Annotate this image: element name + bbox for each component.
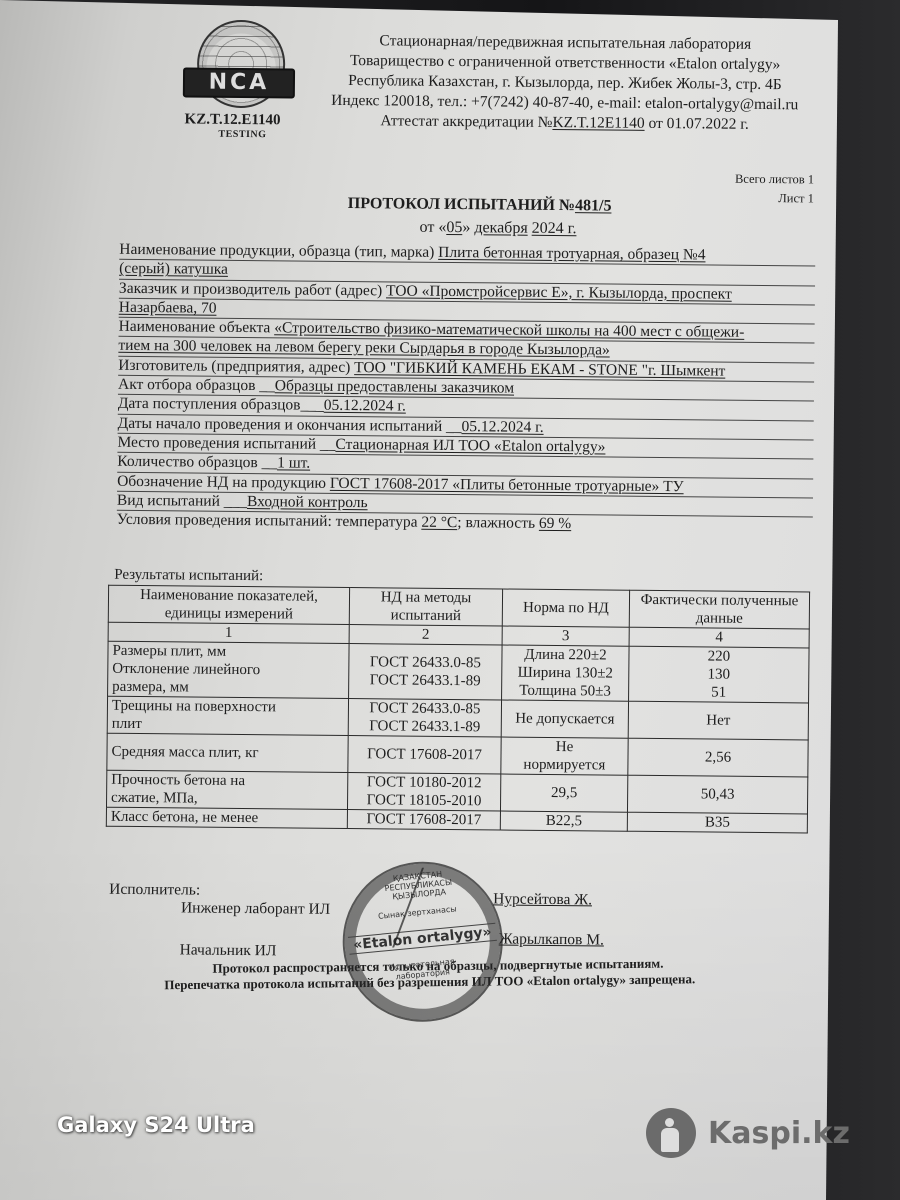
current-sheet: Лист 1	[735, 189, 814, 209]
protocol-date: от «05» декабря 2024 г.	[419, 219, 576, 239]
field-label: Даты начало проведения и окончания испыт…	[118, 414, 462, 434]
document: NCA KZ.T.12.E1140 TESTING Стационарная/п…	[0, 0, 900, 1200]
engineer-name: Нурсейтова Ж.	[493, 890, 592, 909]
cell-norm: Длина 220±2 Ширина 130±2 Толщина 50±3	[502, 645, 630, 701]
field-label: Наименование объекта	[119, 318, 275, 336]
cell-name: Размеры плит, мм Отклонение линейного ра…	[108, 641, 350, 698]
field-value: «Строительство физико-математической шко…	[274, 319, 744, 341]
humidity-value: 69 %	[539, 515, 571, 532]
cell-actual: B35	[627, 812, 807, 833]
field-label: Акт отбора образцов __	[118, 376, 275, 395]
results-label: Результаты испытаний:	[114, 567, 263, 585]
date-mid: »	[462, 219, 474, 236]
field-label: Изготовитель (предприятия, адрес)	[118, 357, 354, 376]
organization-header: Стационарная/передвижная испытательная л…	[304, 31, 825, 136]
nca-logo: NCA KZ.T.12.E1140 TESTING	[182, 19, 293, 145]
accreditation-number: KZ.T.12E1140	[552, 114, 644, 132]
results-table: Наименование показателей, единицы измере…	[106, 585, 810, 834]
field-value: Стационарная ИЛ ТОО «Etalon ortalygy»	[335, 436, 605, 456]
cell-method: ГОСТ 26433.0-85 ГОСТ 26433.1-89	[348, 699, 501, 737]
head-label: Начальник ИЛ	[180, 941, 277, 960]
field-label: Место проведения испытаний __	[117, 434, 335, 453]
accreditation-date: от 01.07.2022 г.	[645, 115, 749, 133]
field-value: тием на 300 человек на левом берегу реки…	[118, 337, 609, 359]
field-label: Заказчик и производитель работ (адрес)	[119, 279, 386, 299]
field-value: ТОО "ГИБКИЙ КАМЕНЬ ЕКАМ - STONE "г. Шымк…	[354, 359, 725, 380]
table-header-row: Наименование показателей, единицы измере…	[108, 585, 809, 629]
col-number: 2	[349, 625, 502, 645]
head-name: Жарылкапов М.	[499, 930, 604, 949]
cell-actual: Нет	[628, 701, 808, 740]
cell-norm: B22,5	[500, 811, 627, 831]
field-label: Наименование продукции, образца (тип, ма…	[119, 241, 438, 261]
site-watermark: Kaspi.kz	[646, 1108, 850, 1158]
col-number: 1	[108, 622, 349, 643]
cell-name: Класс бетона, не менее	[106, 807, 347, 828]
header-actual: Фактически полученные данные	[629, 590, 809, 629]
cell-norm: 29,5	[500, 774, 627, 812]
date-day: 05	[446, 219, 462, 236]
cell-actual: 50,43	[627, 775, 807, 814]
protocol-fields: Наименование продукции, образца (тип, ма…	[117, 241, 816, 536]
accreditation-prefix: Аттестат аккредитации №	[380, 112, 552, 131]
logo-sub: TESTING	[218, 129, 266, 140]
cell-norm: Не нормируется	[501, 737, 628, 775]
title-prefix: ПРОТОКОЛ ИСПЫТАНИЙ №	[348, 195, 575, 214]
logo-code: KZ.T.12.E1140	[185, 111, 281, 129]
field-value: (серый) катушка	[119, 260, 228, 278]
field-value: Назарбаева, 70	[119, 299, 217, 317]
col-number: 3	[502, 626, 629, 646]
field-value: ТОО «Промстройсервис Е», г. Кызылорда, п…	[386, 282, 732, 302]
total-sheets: Всего листов 1	[735, 170, 814, 190]
cell-method: ГОСТ 17608-2017	[347, 810, 500, 830]
engineer-label: Инженер лаборант ИЛ	[181, 899, 330, 918]
stamp-line2: Испытательная лаборатория	[389, 957, 456, 983]
header-norm: Норма по НД	[502, 589, 629, 627]
date-month: декабря	[474, 219, 528, 237]
logo-text: NCA	[183, 67, 295, 98]
cell-actual: 220 130 51	[629, 646, 810, 703]
cell-name: Трещины на поверхности плит	[107, 696, 348, 735]
protocol-title: ПРОТОКОЛ ИСПЫТАНИЙ №481/5	[348, 195, 612, 216]
field-value: 05.12.2024 г.	[324, 397, 406, 415]
accreditation-line: Аттестат аккредитации №KZ.T.12E1140 от 0…	[304, 111, 824, 136]
cell-method: ГОСТ 26433.0-85 ГОСТ 26433.1-89	[349, 644, 503, 700]
cell-name: Средняя масса плит, кг	[107, 733, 348, 772]
cell-method: ГОСТ 17608-2017	[348, 736, 501, 774]
temperature-value: 22 °С	[421, 514, 457, 531]
sheet-count: Всего листов 1 Лист 1	[735, 170, 814, 209]
field-value: ГОСТ 17608-2017 «Плиты бетонные тротуарн…	[330, 474, 684, 494]
field-value: 05.12.2024 г.	[461, 418, 543, 436]
field-label: Вид испытаний ___	[117, 492, 247, 510]
field-value: Образцы предоставлены заказчиком	[275, 377, 514, 396]
cell-actual: 2,56	[628, 738, 808, 777]
conditions-label: Условия проведения испытаний: температур…	[117, 511, 422, 531]
col-number: 4	[629, 627, 809, 648]
field-label: Дата поступления образцов___	[118, 395, 324, 414]
executor-label: Исполнитель:	[109, 881, 200, 900]
field-label: Обозначение НД на продукцию	[117, 472, 330, 491]
cell-norm: Не допускается	[501, 700, 628, 738]
header-method: НД на методы испытаний	[349, 588, 502, 626]
table-row: Размеры плит, мм Отклонение линейного ра…	[108, 641, 809, 703]
cell-method: ГОСТ 10180-2012 ГОСТ 18105-2010	[347, 773, 500, 811]
field-value: 1 шт.	[277, 455, 310, 472]
device-watermark: Galaxy S24 Ultra	[57, 1113, 255, 1137]
kaspi-logo-icon	[646, 1108, 696, 1158]
header-name: Наименование показателей, единицы измере…	[108, 585, 349, 624]
protocol-number: 481/5	[575, 197, 612, 214]
conditions-mid: ; влажность	[457, 514, 539, 532]
date-prefix: от «	[419, 219, 446, 236]
field-value: Входной контроль	[247, 493, 368, 511]
date-year: 2024 г.	[532, 220, 577, 237]
field-label: Количество образцов __	[117, 453, 277, 472]
site-watermark-text: Kaspi.kz	[708, 1116, 850, 1151]
cell-name: Прочность бетона на сжатие, МПа,	[106, 770, 347, 809]
field-value: Плита бетонная тротуарная, образец №4	[438, 244, 705, 264]
